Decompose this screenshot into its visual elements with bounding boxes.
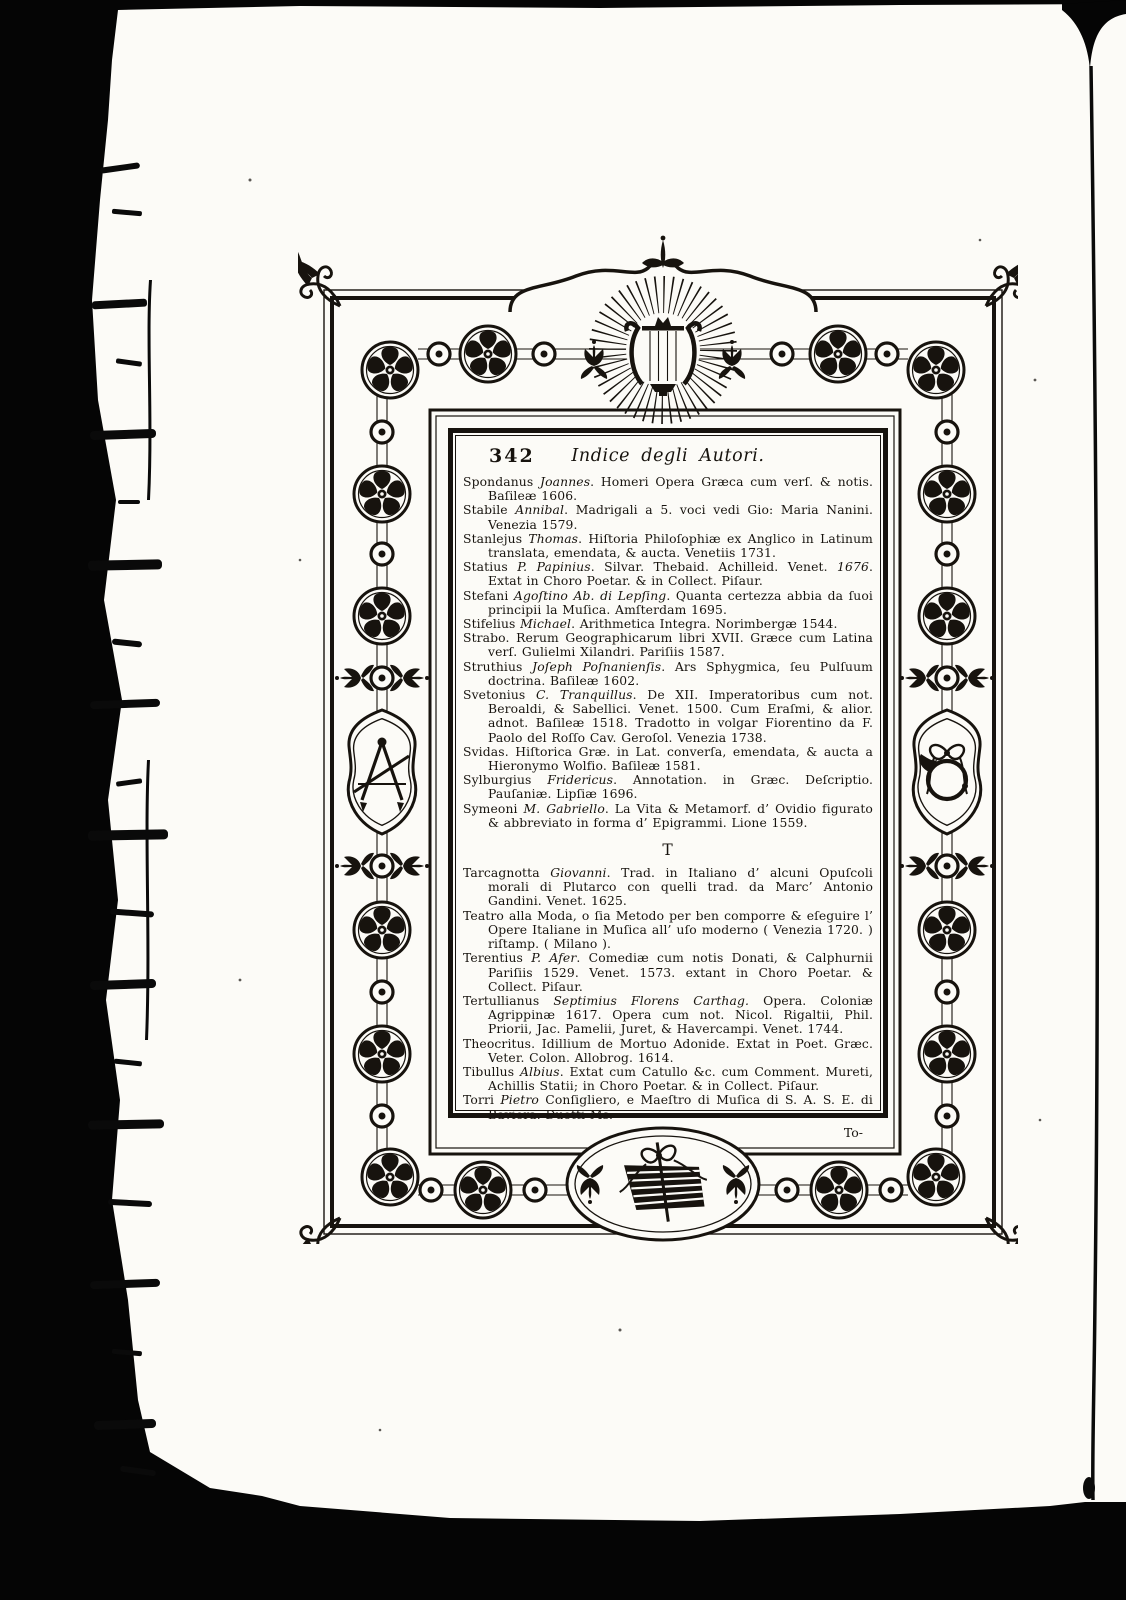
- chain-eyelet-icon: [533, 343, 555, 365]
- chain-eyelet-icon: [936, 543, 958, 565]
- rosette-icon: [919, 466, 975, 522]
- rosette-icon: [908, 1149, 964, 1205]
- catchword: To-: [463, 1125, 873, 1140]
- rosette-icon: [908, 342, 964, 398]
- index-entry: Statius P. Papinius. Silvar. Thebaid. Ac…: [463, 560, 873, 588]
- tulip-icon: [900, 665, 939, 691]
- lyre-sunburst-crest-icon: [510, 236, 816, 405]
- tulip-icon: [900, 853, 939, 879]
- rosette-icon: [362, 1149, 418, 1205]
- scan-edge-blot: [1083, 1477, 1095, 1499]
- index-entry: Theocritus. Idillium de Mortuo Adonide. …: [463, 1037, 873, 1065]
- rosette-icon: [460, 326, 516, 382]
- chain-eyelet-icon: [876, 343, 898, 365]
- tulip-icon: [335, 853, 374, 879]
- index-entry: Spondanus Joannes. Homeri Opera Græca cu…: [463, 475, 873, 503]
- tulip-icon: [335, 665, 374, 691]
- rosette-icon: [919, 1026, 975, 1082]
- section-heading-t: T: [463, 841, 873, 859]
- index-entry: Stabile Annibal. Madrigali a 5. voci ved…: [463, 503, 873, 531]
- chain-eyelet-icon: [524, 1179, 546, 1201]
- tulip-icon: [390, 853, 429, 879]
- rosette-icon: [354, 902, 410, 958]
- rococo-corner-scroll-icon: [298, 248, 340, 306]
- rococo-corner-scroll-icon: [986, 248, 1018, 306]
- chain-eyelet-icon: [371, 981, 393, 1003]
- rosette-icon: [919, 902, 975, 958]
- index-entry: Svidas. Hiſtorica Græ. in Lat. converſa,…: [463, 745, 873, 773]
- chain-eyelet-icon: [880, 1179, 902, 1201]
- index-page-text-panel: 342 Indice degli Autori. Spondanus Joann…: [448, 428, 888, 1118]
- chain-eyelet-icon: [936, 981, 958, 1003]
- index-entry: Stanlejus Thomas. Hiſtoria Philoſophiæ e…: [463, 532, 873, 560]
- chain-eyelet-icon: [936, 855, 958, 877]
- tulip-icon: [390, 665, 429, 691]
- chain-eyelet-icon: [936, 421, 958, 443]
- entries-section-t: Tarcagnotta Giovanni. Trad. in Italiano …: [463, 866, 873, 1122]
- chain-eyelet-icon: [936, 1105, 958, 1127]
- index-entry: Strabo. Rerum Geographicarum libri XVII.…: [463, 631, 873, 659]
- chain-eyelet-icon: [371, 855, 393, 877]
- index-entry: Svetonius C. Tranquillus. De XII. Impera…: [463, 688, 873, 745]
- page-header: 342 Indice degli Autori.: [463, 443, 873, 475]
- drafting-compass-icon: [348, 710, 415, 834]
- tulip-icon: [955, 665, 994, 691]
- rosette-icon: [919, 588, 975, 644]
- rosette-icon: [810, 326, 866, 382]
- fleur-finial-icon: [642, 236, 684, 268]
- index-entry: Stifelius Michael. Arithmetica Integra. …: [463, 617, 873, 631]
- chain-eyelet-icon: [771, 343, 793, 365]
- rosette-icon: [354, 466, 410, 522]
- rosette-icon: [354, 1026, 410, 1082]
- index-entry: Tibullus Albius. Extat cum Catullo &c. c…: [463, 1065, 873, 1093]
- rococo-corner-scroll-icon: [298, 1218, 340, 1244]
- index-entry: Struthius Joſeph Poſnanienſis. Ars Sphyg…: [463, 660, 873, 688]
- chain-eyelet-icon: [371, 667, 393, 689]
- rosette-icon: [811, 1162, 867, 1218]
- index-entry: Teatro alla Moda, o ſia Metodo per ben c…: [463, 909, 873, 952]
- rosette-icon: [455, 1162, 511, 1218]
- chain-eyelet-icon: [420, 1179, 442, 1201]
- chain-eyelet-icon: [371, 421, 393, 443]
- chain-eyelet-icon: [428, 343, 450, 365]
- index-entry: Terentius P. Afer. Comediæ cum notis Don…: [463, 951, 873, 994]
- index-entry: Torri Pietro Conſigliero, e Maeſtro di M…: [463, 1093, 873, 1121]
- chain-eyelet-icon: [371, 543, 393, 565]
- tulip-icon: [955, 853, 994, 879]
- chain-eyelet-icon: [936, 667, 958, 689]
- index-entry: Stefani Agoſtino Ab. di Lepſing. Quanta …: [463, 589, 873, 617]
- page-title: Indice degli Autori.: [463, 446, 873, 466]
- rosette-icon: [354, 588, 410, 644]
- chain-eyelet-icon: [776, 1179, 798, 1201]
- index-entry: Tarcagnotta Giovanni. Trad. in Italiano …: [463, 866, 873, 909]
- index-entry: Sylburgius Fridericus. Annotation. in Gr…: [463, 773, 873, 801]
- chain-eyelet-icon: [371, 1105, 393, 1127]
- index-entry: Symeoni M. Gabriello. La Vita & Metamorf…: [463, 802, 873, 830]
- entries-section-s: Spondanus Joannes. Homeri Opera Græca cu…: [463, 475, 873, 830]
- index-entry: Tertullianus Septimius Florens Carthag. …: [463, 994, 873, 1037]
- rosette-icon: [362, 342, 418, 398]
- hunting-horn-icon: [913, 710, 980, 834]
